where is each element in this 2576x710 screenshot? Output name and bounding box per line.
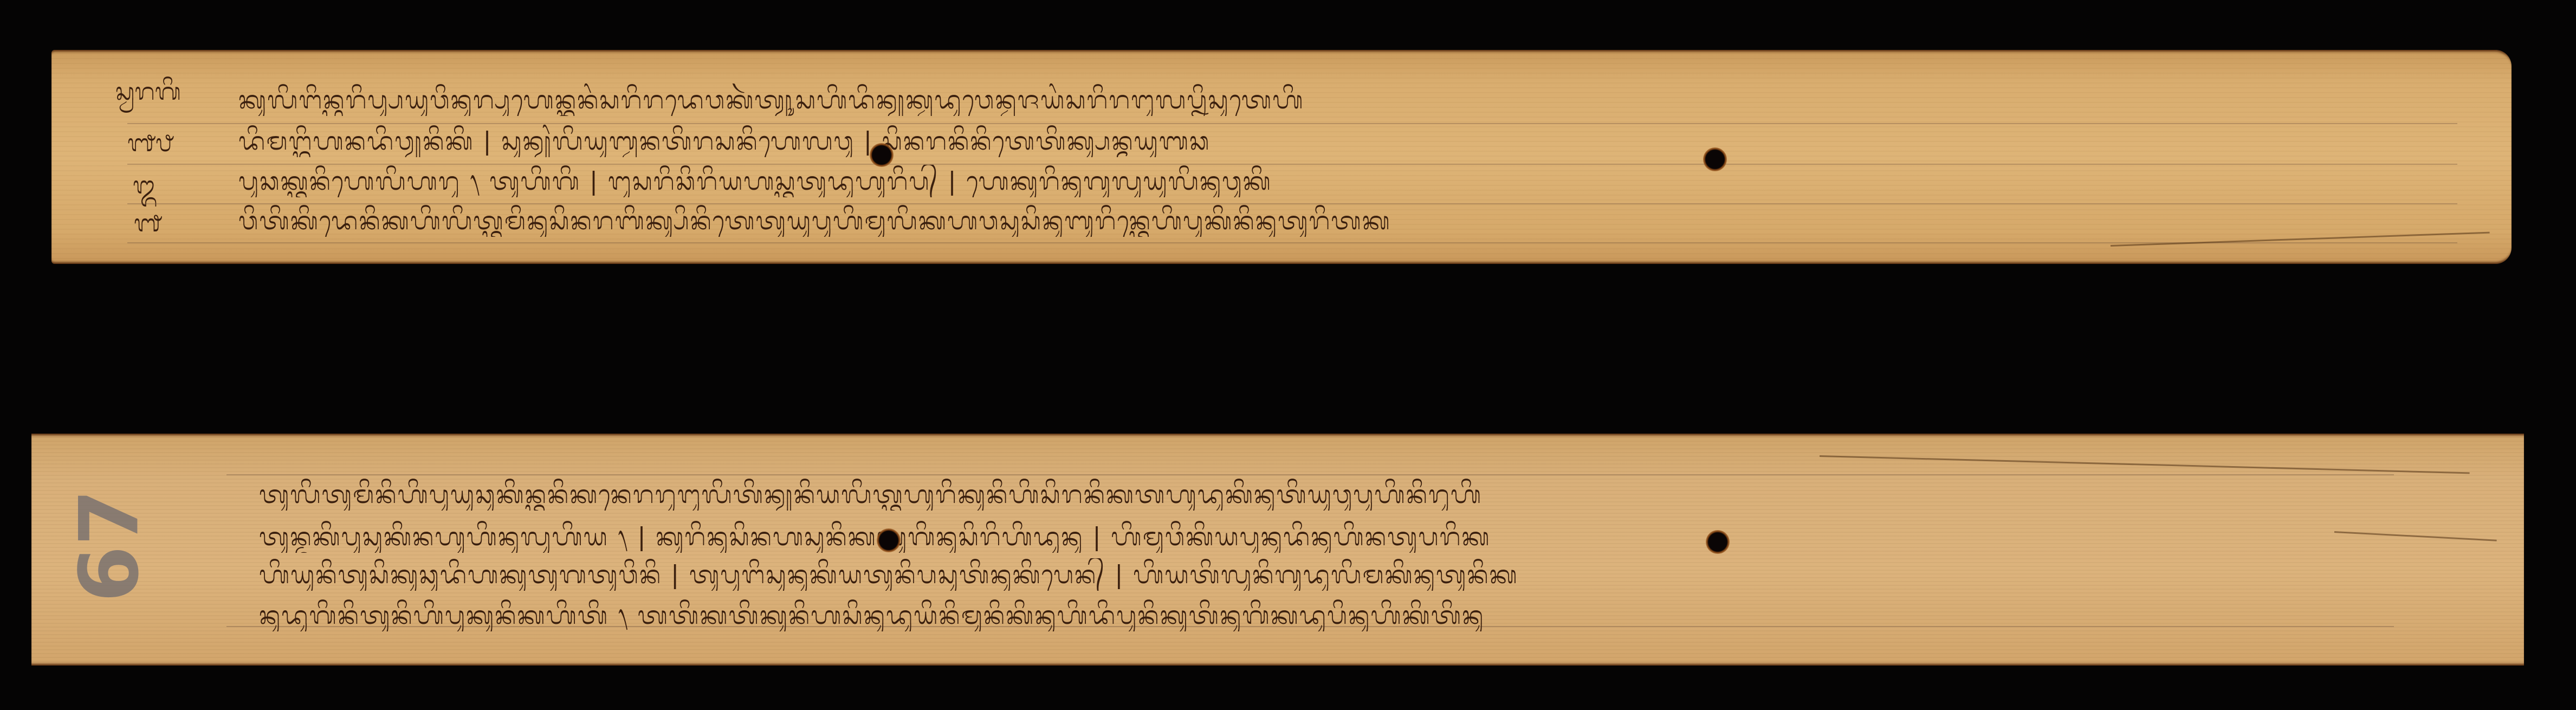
ruling-line [127,123,2457,124]
margin-note-number: ᭑᭘ [127,126,174,169]
text-line: ᬧᬸᬘᬓ᭄ᬢᬸᬦᬶᬳᬾᬮᬶᬳᬭᬸ ᭞ ᬢᬸᬳᬶᬕᬶ | ᬗᬸᬲᬭᬶᬘᬶᬭᬶᬬᬳᬲ… [238,165,2352,197]
text-line: ᬓᬸᬮᬶᬗᬶᬦ᭄ᬳᬸᬭᬶᬧ᭄ᬲᬬᬸᬯᬶᬦᬸᬭ᭄ᬧᬸᬳᬾᬦ᭄ᬓᬸᬦᬂᬲᬭᬶᬭᬤᬾᬯ… [238,83,2352,116]
margin-note-number: ᭓ [133,168,156,211]
binding-hole [870,143,894,167]
text-line: ᬢᬸᬦ᭄ᬤᬸᬓᬶᬧᬸᬲᬸᬓᬶᬦᬳᬸᬳᬶᬦᬸᬮᬸᬳᬶᬬ ᭞ | ᬓᬸᬭᬶᬦᬸᬲᬶᬦ… [259,520,2372,553]
binding-hole [877,528,901,552]
palm-leaf-1: ᬲ᭄ᬯᬭᬕᬶ ᭑᭘ ᭓ ᭑ ᬓᬸᬮᬶᬗᬶᬦ᭄ᬳᬸᬭᬶᬧ᭄ᬲᬬᬸᬯᬶᬦᬸᬭ᭄ᬧᬸᬳ… [51,50,2512,264]
ruling-line [226,474,2394,475]
ruling-line [127,242,2457,243]
binding-hole [1706,530,1730,554]
text-line: ᬢᬸᬮᬶᬢᬸᬫᬶᬦᬶᬳᬶᬧᬸᬬᬸᬘᬸᬓᬶᬦ᭄ᬢᬸᬦᬶᬓᬦᬾᬭᬭᬸᬗᬸᬮᬶᬢᬶᬦ᭄… [259,478,2372,511]
pencil-leaf-number: 67 [62,489,157,603]
margin-note-title: ᬲ᭄ᬯᬭᬕᬶ [115,74,181,117]
binding-hole [1703,147,1727,171]
text-line: ᬯᬶᬢᬶᬓᬶᬤᬾᬦᬶᬓᬳᬶᬮᬶᬢ᭄ᬢᬸᬫᬶᬦᬸᬲᬶᬦᬭᬩᬶᬓ᭄ᬲᬶᬦᬶᬢᬾᬢᬸᬬ… [238,204,2352,237]
text-line: ᬳᬶᬬᬸᬦᬶᬢᬸᬲᬶᬓᬸᬘᬸᬤᬶᬳᬓᬸᬢᬸᬕᬢᬸᬯᬶᬦᬶ | ᬢᬸᬧᬸᬗᬶᬲᬸᬦ… [259,558,2372,591]
text-line: ᬤᬶᬫᬗ᭄ᬕᬶᬳᬦᬤᬶᬯ᭄ᬬᬦᬶᬓᬶ | ᬲᬸᬦ᭄ᬬᬂᬮᬶᬬᬸᬩ᭄ᬯᬦᬢᬶᬭᬲᬦ… [238,125,2352,157]
leaf-crack [1820,455,2470,474]
palm-leaf-2: 67 ᬢᬸᬮᬶᬢᬸᬫᬶᬦᬶᬳᬶᬧᬸᬬᬸᬘᬸᬓᬶᬦ᭄ᬢᬸᬦᬶᬓᬦᬾᬭᬭᬸᬗᬸᬮᬶᬢ… [31,434,2524,666]
text-line: ᬦᬸᬤᬸᬕᬶᬦᬶᬢᬸᬦᬶᬳᬶᬧᬸᬓᬸᬦᬶᬓᬳᬶᬢᬶ ᭞ ᬢᬢᬶᬓᬢᬶᬓᬸᬦᬶᬳᬲ… [259,599,2372,631]
